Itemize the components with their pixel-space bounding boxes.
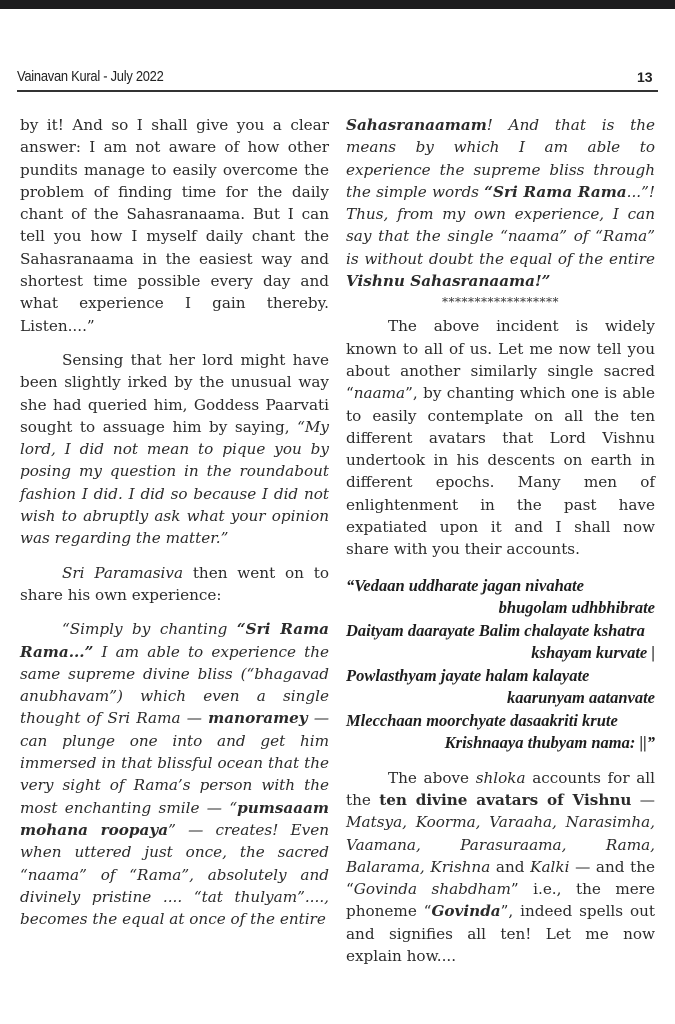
paragraph: The above incident is widely known to al…	[346, 315, 655, 560]
sloka-line: Krishnaaya thubyam nama: ||”	[346, 732, 655, 755]
paramasiva-quote: “Simply by chanting “Sri Rama Rama...” I…	[20, 618, 329, 930]
sloka-line: kaarunyam aatanvate	[346, 687, 655, 710]
sloka-line: Mlecchaan moorchyate dasaakriti krute	[346, 710, 655, 733]
publication-title: Vainavan Kural - July 2022	[17, 68, 164, 85]
sloka-line: kshayam kurvate |	[346, 642, 655, 665]
paragraph: Sri Paramasiva then went on to share his…	[20, 562, 329, 607]
sloka-line: Daityam daarayate Balim chalayate kshatr…	[346, 620, 655, 643]
header-rule	[17, 90, 658, 92]
page-number: 13	[637, 69, 653, 85]
right-column: Sahasranaamam! And that is the means by …	[346, 114, 655, 967]
sloka-line: Powlasthyam jayate halam kalayate	[346, 665, 655, 688]
left-column: by it! And so I shall give you a clear a…	[20, 114, 329, 930]
paragraph: The above shloka accounts for all the te…	[346, 767, 655, 968]
paarvati-quote: “My lord, I did not mean to pique you by…	[20, 418, 329, 547]
paragraph: by it! And so I shall give you a clear a…	[20, 114, 329, 337]
paragraph: Sahasranaamam! And that is the means by …	[346, 114, 655, 292]
paragraph: Sensing that her lord might have been sl…	[20, 349, 329, 550]
top-dark-bar	[0, 0, 675, 9]
section-separator: ******************	[346, 294, 655, 310]
sloka-line: bhugolam udhbhibrate	[346, 597, 655, 620]
sloka-verse: “Vedaan uddharate jagan nivahate bhugola…	[346, 575, 655, 755]
sloka-line: “Vedaan uddharate jagan nivahate	[346, 575, 655, 598]
